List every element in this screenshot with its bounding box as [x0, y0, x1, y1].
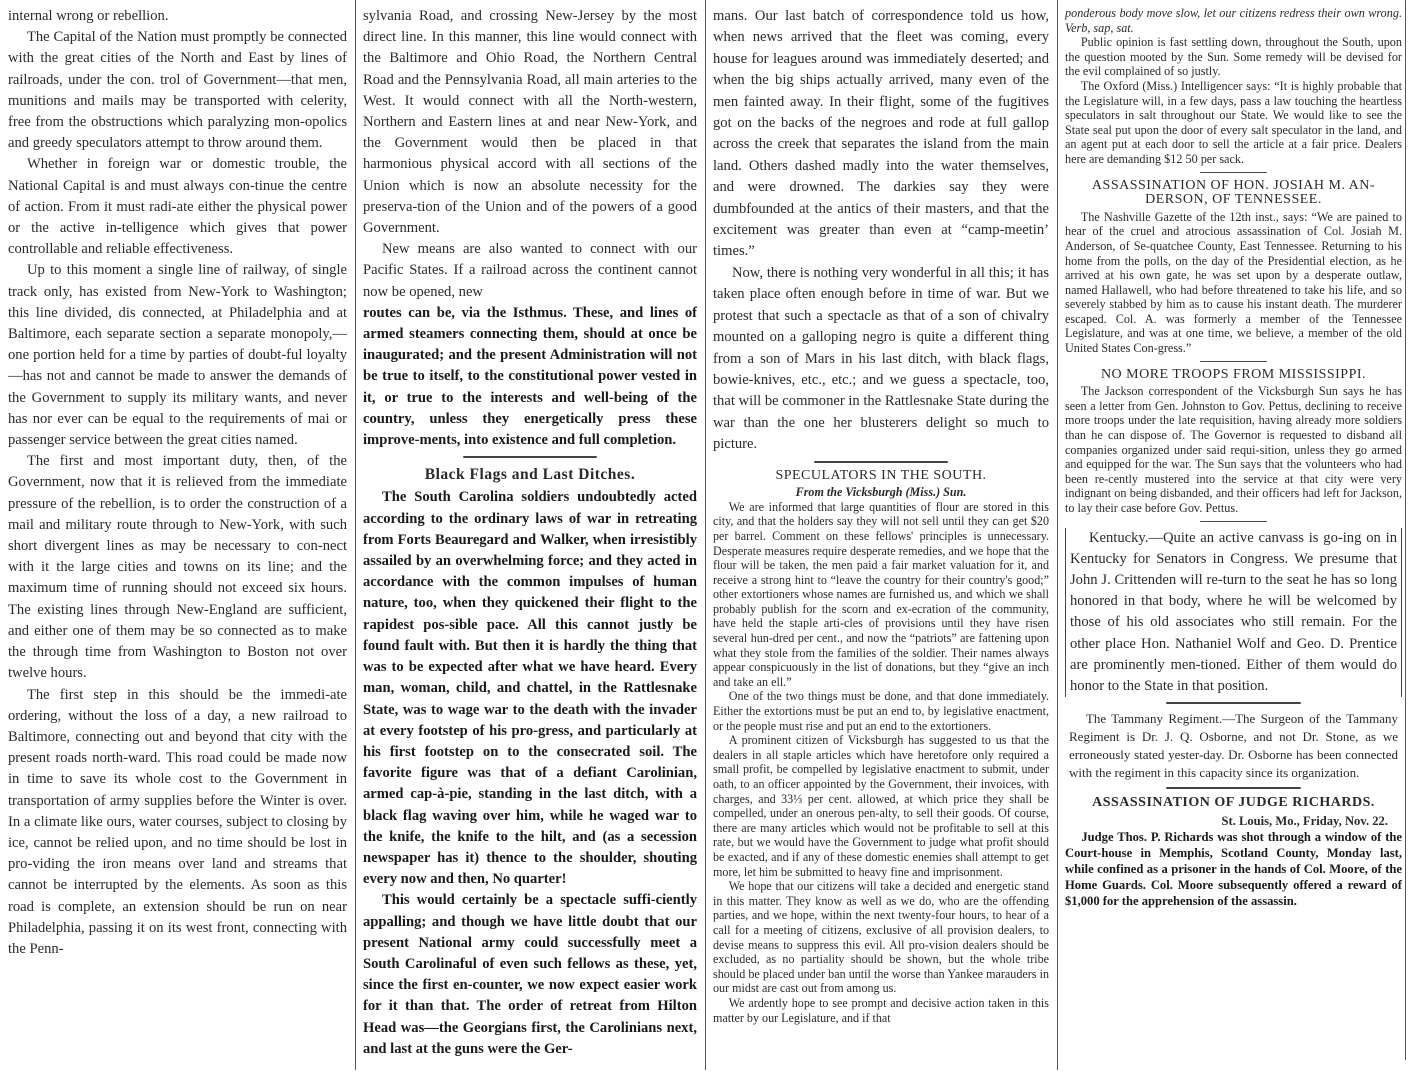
paragraph-bold: routes can be, via the Isthmus. These, a…: [363, 303, 697, 451]
paragraph: This would certainly be a spectacle suff…: [363, 890, 697, 1060]
paragraph: The South Carolina soldiers undoubtedly …: [363, 487, 697, 890]
article-anderson-assassination: ASSASSINATION OF HON. JOSIAH M. AN-DERSO…: [1065, 179, 1402, 356]
section-separator: [1200, 361, 1267, 362]
section-separator: [463, 456, 597, 458]
paragraph: Whether in foreign war or domestic troub…: [8, 154, 347, 260]
section-separator: [1200, 521, 1267, 522]
column-divider: [1405, 0, 1406, 1060]
paragraph: One of the two things must be done, and …: [713, 689, 1049, 733]
article-tammany: The Tammany Regiment.—The Surgeon of the…: [1065, 710, 1402, 782]
article-dateline: St. Louis, Mo., Friday, Nov. 22.: [1065, 813, 1402, 829]
paragraph: The Capital of the Nation must promptly …: [8, 27, 347, 154]
article-byline: From the Vicksburgh (Miss.) Sun.: [713, 485, 1049, 500]
paragraph: Now, there is nothing very wonderful in …: [713, 263, 1049, 456]
article-heading: Black Flags and Last Ditches.: [363, 464, 697, 485]
article-heading: ASSASSINATION OF HON. JOSIAH M. AN-DERSO…: [1065, 179, 1402, 208]
article-kentucky: Kentucky.—Quite an active canvass is go-…: [1065, 528, 1402, 698]
column-1: internal wrong or rebellion. The Capital…: [0, 0, 355, 1070]
article-speculators: SPECULATORS IN THE SOUTH. From the Vicks…: [713, 469, 1049, 1026]
article-heading: NO MORE TROOPS FROM MISSISSIPPI.: [1065, 368, 1402, 383]
paragraph: Public opinion is fast settling down, th…: [1065, 35, 1402, 79]
paragraph: The Jackson correspondent of the Vicksbu…: [1065, 384, 1402, 515]
paragraph: Kentucky.—Quite an active canvass is go-…: [1070, 528, 1397, 698]
article-black-flags: Black Flags and Last Ditches. The South …: [363, 464, 697, 1060]
column-4: ponderous body move slow, let our citize…: [1057, 0, 1410, 1060]
article-judge-richards: ASSASSINATION OF JUDGE RICHARDS. St. Lou…: [1065, 795, 1402, 909]
paragraph: The Nashville Gazette of the 12th inst.,…: [1065, 210, 1402, 356]
paragraph: Judge Thos. P. Richards was shot through…: [1065, 829, 1402, 909]
article-heading: ASSASSINATION OF JUDGE RICHARDS.: [1065, 795, 1402, 811]
paragraph: A prominent citizen of Vicksburgh has su…: [713, 733, 1049, 879]
column-2: sylvania Road, and crossing New-Jersey b…: [355, 0, 705, 1070]
column-3: mans. Our last batch of correspondence t…: [705, 0, 1057, 1070]
article-no-more-troops: NO MORE TROOPS FROM MISSISSIPPI. The Jac…: [1065, 368, 1402, 516]
section-separator: [814, 461, 948, 463]
section-separator: [1166, 787, 1301, 789]
paragraph: We are informed that large quantities of…: [713, 500, 1049, 690]
section-separator: [1200, 172, 1267, 173]
paragraph: We hope that our citizens will take a de…: [713, 879, 1049, 996]
paragraph: The Oxford (Miss.) Intelligencer says: “…: [1065, 79, 1402, 167]
paragraph: Up to this moment a single line of railw…: [8, 260, 347, 451]
paragraph: New means are also wanted to connect wit…: [363, 239, 697, 303]
paragraph: sylvania Road, and crossing New-Jersey b…: [363, 6, 697, 239]
paragraph: The first step in this should be the imm…: [8, 685, 347, 961]
paragraph: internal wrong or rebellion.: [8, 6, 347, 27]
paragraph: We ardently hope to see prompt and decis…: [713, 996, 1049, 1025]
paragraph: ponderous body move slow, let our citize…: [1065, 6, 1402, 35]
article-heading: SPECULATORS IN THE SOUTH.: [713, 469, 1049, 484]
section-separator: [1166, 702, 1301, 704]
paragraph: mans. Our last batch of correspondence t…: [713, 6, 1049, 263]
paragraph: The Tammany Regiment.—The Surgeon of the…: [1069, 710, 1398, 782]
newspaper-page: internal wrong or rebellion. The Capital…: [0, 0, 1410, 1080]
paragraph: The first and most important duty, then,…: [8, 451, 347, 684]
